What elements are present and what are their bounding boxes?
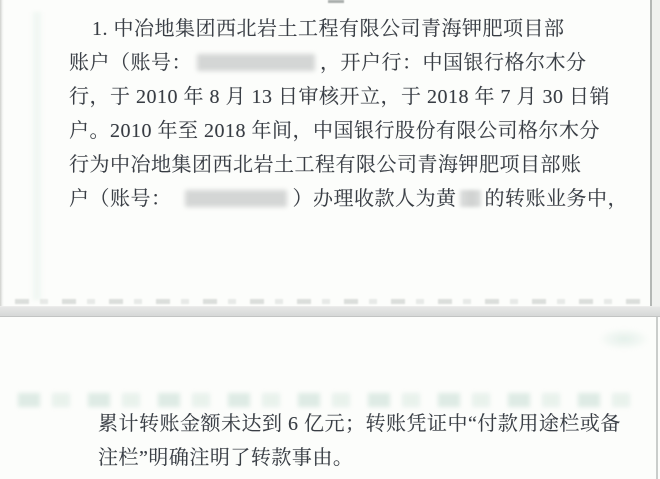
line-text: 行，于 2010 年 8 月 13 日审核开立，于 2018 年 7 月 30 … [69, 86, 610, 108]
redacted-account-number-2 [185, 190, 287, 207]
bleed-through-text-row [18, 393, 642, 407]
page-right-margin [652, 0, 660, 306]
line-text: 户（账号： [69, 188, 172, 210]
line-text: ，开户行：中国银行格尔木分 [320, 52, 587, 74]
redacted-given-name [460, 190, 481, 207]
faded-cropped-text-row [15, 299, 645, 304]
fragment-divider [0, 306, 660, 317]
document-fragment-top: 1. 中冶地集团西北岩土工程有限公司青海钾肥项目部 账户（账号：，开户行：中国银… [0, 0, 660, 306]
line-text: 的转账业务中， [485, 188, 629, 210]
paragraph-line-1: 1. 中冶地集团西北岩土工程有限公司青海钾肥项目部 [92, 17, 565, 41]
paragraph2-line-1: 累计转账金额未达到 6 亿元；转账凭证中“付款用途栏或备 [98, 412, 621, 436]
line-text: 注栏”明确注明了转款事由。 [98, 447, 353, 469]
line-text: 账户（账号： [69, 52, 192, 74]
paragraph-line-4: 户。2010 年至 2018 年间，中国银行股份有限公司格尔木分 [69, 119, 600, 143]
paragraph-line-6: 户（账号：）办理收款人为黄的转账业务中， [69, 187, 628, 211]
paragraph-line-5: 行为中冶地集团西北岩土工程有限公司青海钾肥项目部账 [69, 153, 582, 177]
redacted-account-number-1 [197, 54, 315, 71]
line-text: ）办理收款人为黄 [293, 188, 457, 210]
bleed-through-smudge [598, 328, 650, 350]
paragraph-line-3: 行，于 2010 年 8 月 13 日审核开立，于 2018 年 7 月 30 … [69, 85, 610, 109]
paragraph-line-2: 账户（账号：，开户行：中国银行格尔木分 [69, 51, 587, 75]
page-left-edge-shadow [0, 0, 4, 306]
scanned-document: 1. 中冶地集团西北岩土工程有限公司青海钾肥项目部 账户（账号：，开户行：中国银… [0, 0, 660, 479]
page-right-edge-line-bottom [656, 317, 658, 479]
line-text: 1. 中冶地集团西北岩土工程有限公司青海钾肥项目部 [92, 18, 565, 40]
line-text: 累计转账金额未达到 6 亿元；转账凭证中“付款用途栏或备 [98, 413, 621, 435]
paragraph2-line-2: 注栏”明确注明了转款事由。 [98, 446, 353, 470]
scan-artifact-strip [33, 12, 41, 300]
cropped-text-remnant [328, 0, 344, 3]
line-text: 行为中冶地集团西北岩土工程有限公司青海钾肥项目部账 [69, 154, 582, 176]
line-text: 户。2010 年至 2018 年间，中国银行股份有限公司格尔木分 [69, 120, 600, 142]
page-right-edge-line [650, 0, 652, 306]
